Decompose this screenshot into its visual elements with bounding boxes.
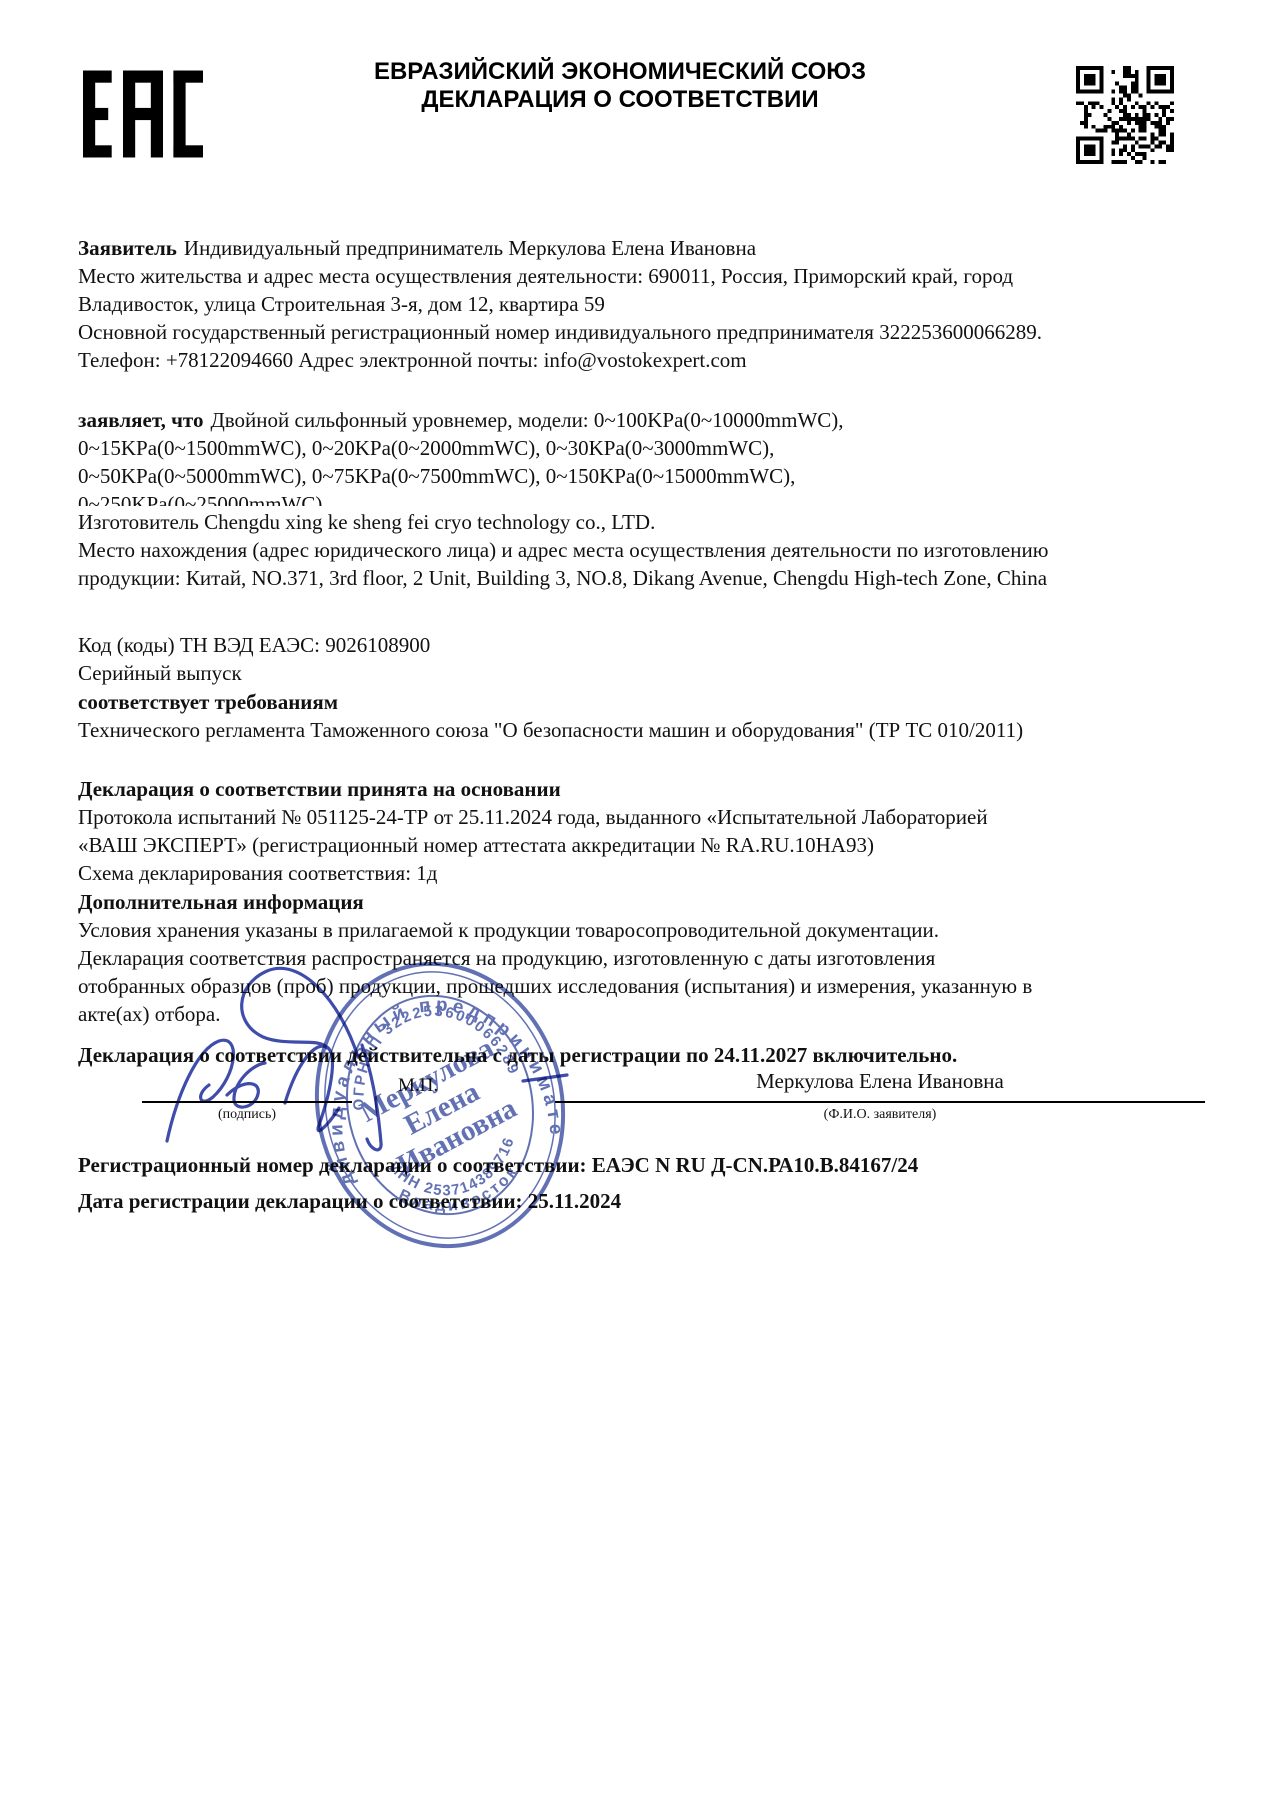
applicant-name: Меркулова Елена Ивановна: [555, 1069, 1205, 1094]
basis-line-1: Протокола испытаний № 051125-24-ТР от 25…: [78, 803, 988, 831]
handwritten-signature: [115, 945, 615, 1155]
applicant-intro: Индивидуальный предприниматель Меркулова…: [184, 236, 756, 260]
name-caption: (Ф.И.О. заявителя): [555, 1107, 1205, 1123]
manufacturer-line-1: Изготовитель Chengdu xing ke sheng fei c…: [78, 508, 655, 536]
declares-line-4-text: 0~250KPa(0~25000mmWC).: [78, 490, 1218, 506]
declares-line-3: 0~50KPa(0~5000mmWC), 0~75KPa(0~7500mmWC)…: [78, 462, 795, 490]
compliance-heading: соответствует требованиям: [78, 688, 338, 716]
additional-heading: Дополнительная информация: [78, 888, 364, 916]
applicant-line-4: Основной государственный регистрационный…: [78, 318, 1042, 346]
signature-rule-right: [555, 1101, 1205, 1103]
declares-line-2: 0~15KPa(0~1500mmWC), 0~20KPa(0~2000mmWC)…: [78, 434, 774, 462]
title-doc-line: ДЕКЛАРАЦИЯ О СООТВЕТСТВИИ: [280, 86, 960, 114]
declares-line-4-clipped: 0~250KPa(0~25000mmWC).: [78, 490, 1218, 506]
manufacturer-line-2: Место нахождения (адрес юридического лиц…: [78, 536, 1048, 564]
declares-label: заявляет, что: [78, 408, 203, 432]
serial-line: Серийный выпуск: [78, 659, 242, 687]
additional-line-1: Условия хранения указаны в прилагаемой к…: [78, 916, 939, 944]
qr-code: [1076, 66, 1174, 164]
basis-heading: Декларация о соответствии принята на осн…: [78, 775, 561, 803]
basis-line-2: «ВАШ ЭКСПЕРТ» (регистрационный номер атт…: [78, 831, 874, 859]
document-title: ЕВРАЗИЙСКИЙ ЭКОНОМИЧЕСКИЙ СОЮЗ ДЕКЛАРАЦИ…: [280, 58, 960, 114]
declares-line-1: заявляет, чтоДвойной сильфонный уровнеме…: [78, 406, 844, 434]
compliance-line: Технического регламента Таможенного союз…: [78, 716, 1023, 744]
manufacturer-line-3: продукции: Китай, NO.371, 3rd floor, 2 U…: [78, 564, 1047, 592]
applicant-label: Заявитель: [78, 236, 177, 260]
eac-mark-icon: [83, 66, 203, 162]
product-name: Двойной сильфонный уровнемер, модели: 0~…: [210, 408, 843, 432]
scheme-line: Схема декларирования соответствия: 1д: [78, 859, 437, 887]
tnved-code-line: Код (коды) ТН ВЭД ЕАЭС: 9026108900: [78, 631, 430, 659]
declaration-document: ЕВРАЗИЙСКИЙ ЭКОНОМИЧЕСКИЙ СОЮЗ ДЕКЛАРАЦИ…: [0, 0, 1280, 1811]
applicant-line-2: Место жительства и адрес места осуществл…: [78, 262, 1013, 290]
applicant-line-3: Владивосток, улица Строительная 3-я, дом…: [78, 290, 605, 318]
applicant-line-5: Телефон: +78122094660 Адрес электронной …: [78, 346, 747, 374]
applicant-line-1: ЗаявительИндивидуальный предприниматель …: [78, 234, 756, 262]
title-union-line: ЕВРАЗИЙСКИЙ ЭКОНОМИЧЕСКИЙ СОЮЗ: [280, 58, 960, 86]
